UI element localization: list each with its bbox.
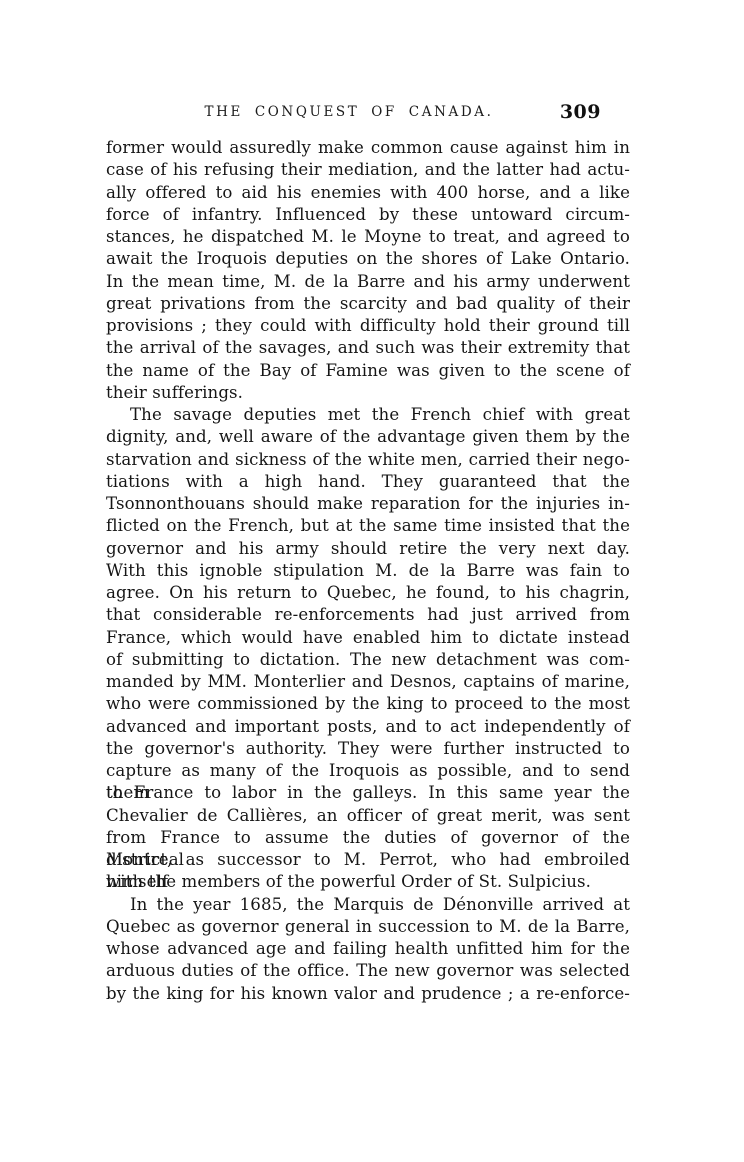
text-line: who were commissioned by the king to pro… <box>106 693 630 715</box>
text-line: In the year 1685, the Marquis de Dénonvi… <box>106 894 630 916</box>
text-line: with the members of the powerful Order o… <box>106 871 630 893</box>
text-line: former would assuredly make common cause… <box>106 137 630 159</box>
text-line: manded by MM. Monterlier and Desnos, cap… <box>106 671 630 693</box>
text-line: In the mean time, M. de la Barre and his… <box>106 271 630 293</box>
text-line: by the king for his known valor and prud… <box>106 983 630 1005</box>
text-line: stances, he dispatched M. le Moyne to tr… <box>106 226 630 248</box>
text-line: await the Iroquois deputies on the shore… <box>106 248 630 270</box>
text-line: France, which would have enabled him to … <box>106 627 630 649</box>
text-line: force of infantry. Influenced by these u… <box>106 204 630 226</box>
text-line: whose advanced age and failing health un… <box>106 938 630 960</box>
text-line: provisions ; they could with difficulty … <box>106 315 630 337</box>
text-line: advanced and important posts, and to act… <box>106 716 630 738</box>
text-line: the arrival of the savages, and such was… <box>106 337 630 359</box>
text-line: from France to assume the duties of gove… <box>106 827 630 849</box>
text-line: flicted on the French, but at the same t… <box>106 515 630 537</box>
text-line: The savage deputies met the French chief… <box>106 404 630 426</box>
text-line: agree. On his return to Quebec, he found… <box>106 582 630 604</box>
text-line: arduous duties of the office. The new go… <box>106 960 630 982</box>
text-line: great privations from the scarcity and b… <box>106 293 630 315</box>
text-line: Tsonnonthouans should make reparation fo… <box>106 493 630 515</box>
book-page: THE CONQUEST OF CANADA. 309 former would… <box>0 0 744 1162</box>
text-line: tiations with a high hand. They guarante… <box>106 471 630 493</box>
text-line: their sufferings. <box>106 382 630 404</box>
text-line: Chevalier de Callières, an officer of gr… <box>106 805 630 827</box>
text-line: the name of the Bay of Famine was given … <box>106 360 630 382</box>
text-line: governor and his army should retire the … <box>106 538 630 560</box>
text-line: that considerable re-enforcements had ju… <box>106 604 630 626</box>
text-line: case of his refusing their mediation, an… <box>106 159 630 181</box>
page-header: THE CONQUEST OF CANADA. 309 <box>106 101 630 125</box>
text-line: of submitting to dictation. The new deta… <box>106 649 630 671</box>
text-line: With this ignoble stipulation M. de la B… <box>106 560 630 582</box>
running-title: THE CONQUEST OF CANADA. <box>204 104 493 120</box>
text-line: Quebec as governor general in succession… <box>106 916 630 938</box>
page-number: 309 <box>560 101 601 123</box>
text-line: to France to labor in the galleys. In th… <box>106 782 630 804</box>
text-line: ally offered to aid his enemies with 400… <box>106 182 630 204</box>
text-line: district, as successor to M. Perrot, who… <box>106 849 630 871</box>
text-line: the governor's authority. They were furt… <box>106 738 630 760</box>
text-line: starvation and sickness of the white men… <box>106 449 630 471</box>
page-body: former would assuredly make common cause… <box>106 137 630 1005</box>
text-line: dignity, and, well aware of the advantag… <box>106 426 630 448</box>
text-line: capture as many of the Iroquois as possi… <box>106 760 630 782</box>
